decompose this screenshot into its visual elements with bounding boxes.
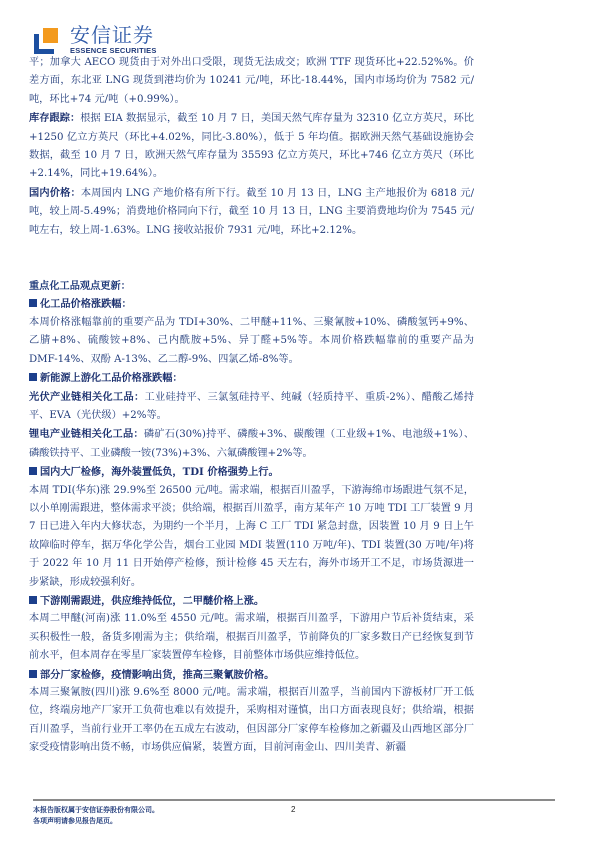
paragraph-lithium-chain: 锂电产业链相关化工品：磷矿石(30%)持平、磷酸+3%、碳酸锂（工业级+1%、电…	[29, 425, 474, 463]
logo-chinese-name: 安信证券	[70, 24, 157, 46]
paragraph-price-change: 本周价格涨幅靠前的重要产品为 TDI+30%、二甲醚+11%、三聚氰胺+10%、…	[29, 314, 474, 369]
document-body: 平；加拿大 AECO 现货由于对外出口受限，现货无法成交；欧洲 TTF 现货环比…	[29, 54, 474, 758]
page-number: 2	[291, 805, 295, 814]
bullet-square-icon	[29, 670, 37, 678]
paragraph-domestic-price: 国内价格：本周国内 LNG 产地价格有所下行。截至 10 月 13 日，LNG …	[29, 184, 474, 240]
paragraph-dme: 本周二甲醚(河南)涨 11.0%至 4550 元/吨。需求端，根据百川盈孚，下游…	[29, 610, 474, 665]
domestic-text: 本周国内 LNG 产地价格有所下行。截至 10 月 13 日，LNG 主产地报价…	[29, 188, 474, 236]
heading-dme: 下游刚需跟进，供应维持低位，二甲醚价格上涨。	[29, 592, 474, 610]
inventory-text: 根据 EIA 数据显示，截至 10 月 7 日，美国天然气库存量为 32310 …	[29, 113, 474, 179]
heading-melamine: 部分厂家检修，疫情影响出货，推高三聚氰胺价格。	[29, 666, 474, 684]
heading-tdi: 国内大厂检修，海外装置低负，TDI 价格强势上行。	[29, 463, 474, 481]
inventory-label: 库存跟踪：	[29, 112, 80, 124]
bullet-square-icon	[29, 467, 37, 475]
heading-new-energy: 新能源上游化工品价格涨跌幅：	[29, 369, 474, 387]
logo-mark-icon	[34, 28, 60, 54]
paragraph-melamine: 本周三聚氰胺(四川)涨 9.6%至 8000 元/吨。需求端，根据百川盈孚，当前…	[29, 684, 474, 758]
bullet-square-icon	[29, 596, 37, 604]
bullet-square-icon	[29, 299, 37, 307]
paragraph-price-spread: 平；加拿大 AECO 现货由于对外出口受限，现货无法成交；欧洲 TTF 现货环比…	[29, 54, 474, 109]
footer-disclaimer: 本报告版权属于安信证券股份有限公司。 各项声明请参见报告尾页。	[33, 804, 159, 826]
paragraph-inventory: 库存跟踪：根据 EIA 数据显示，截至 10 月 7 日，美国天然气库存量为 3…	[29, 109, 474, 184]
domestic-label: 国内价格：	[29, 187, 81, 199]
footer-divider	[33, 799, 555, 801]
paragraph-tdi: 本周 TDI(华东)涨 29.9%至 26500 元/吨。需求端，根据百川盈孚，…	[29, 482, 474, 592]
bullet-square-icon	[29, 373, 37, 381]
heading-price-change: 化工品价格涨跌幅：	[29, 295, 474, 313]
section-title: 重点化工品观点更新：	[29, 277, 474, 295]
paragraph-pv-chain: 光伏产业链相关化工品：工业硅持平、三氯氢硅持平、纯碱（轻质持平、重质-2%）、醋…	[29, 388, 474, 426]
